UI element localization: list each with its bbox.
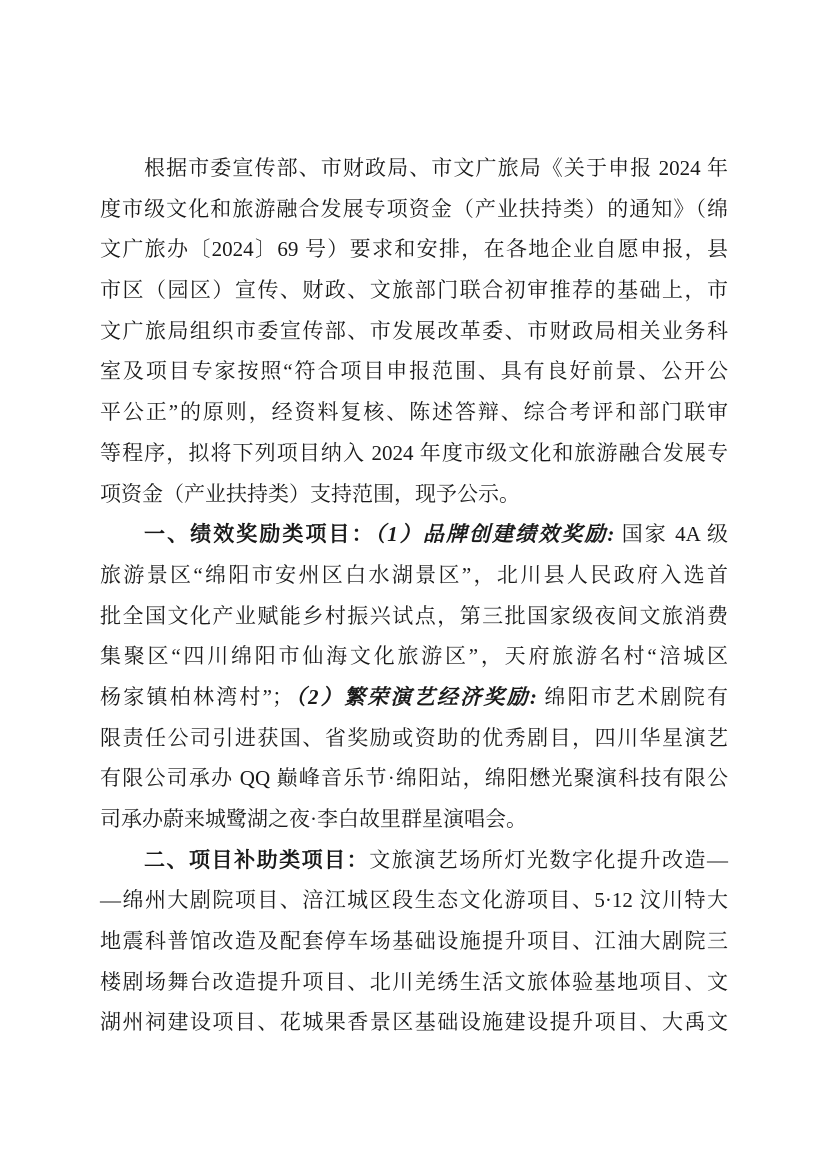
text-segment: 项资金（产业扶持类）支持范围，现予公示。 xyxy=(100,482,520,506)
text-line: 限责任公司引进获国、省奖励或资助的优秀剧目，四川华星演艺 xyxy=(100,718,728,759)
text-segment: 文广旅办〔2024〕69 号）要求和安排，在各地企业自愿申报，县 xyxy=(100,237,728,261)
text-line: 地震科普馆改造及配套停车场基础设施提升项目、江油大剧院三 xyxy=(100,921,728,962)
text-line: 文广旅局组织市委宣传部、市发展改革委、市财政局相关业务科 xyxy=(100,311,728,352)
text-line: 楼剧场舞台改造提升项目、北川羌绣生活文旅体验基地项目、文 xyxy=(100,962,728,1003)
text-segment: 市区（园区）宣传、财政、文旅部门联合初审推荐的基础上，市 xyxy=(100,278,728,302)
document-body: 根据市委宣传部、市财政局、市文广旅局《关于申报 2024 年度市级文化和旅游融合… xyxy=(100,148,728,1043)
text-line: 二、项目补助类项目：文旅演艺场所灯光数字化提升改造— xyxy=(100,840,728,881)
text-segment: 平公正”的原则，经资料复核、陈述答辩、综合考评和部门联审 xyxy=(100,400,728,424)
text-line: 一、绩效奖励类项目：（1）品牌创建绩效奖励: 国家 4A 级 xyxy=(100,514,728,555)
text-line: 批全国文化产业赋能乡村振兴试点，第三批国家级夜间文旅消费 xyxy=(100,596,728,637)
text-segment: 批全国文化产业赋能乡村振兴试点，第三批国家级夜间文旅消费 xyxy=(100,604,728,628)
document-page: 根据市委宣传部、市财政局、市文广旅局《关于申报 2024 年度市级文化和旅游融合… xyxy=(0,0,826,1169)
text-segment: 国家 4A 级 xyxy=(614,522,728,546)
text-segment: —绵州大剧院项目、涪江城区段生态文化游项目、5·12 汶川特大 xyxy=(100,888,728,912)
text-segment-heading-bold: 一、绩效奖励类项目： xyxy=(144,522,375,546)
text-segment: 文旅演艺场所灯光数字化提升改造— xyxy=(369,848,728,872)
text-segment: 楼剧场舞台改造提升项目、北川羌绣生活文旅体验基地项目、文 xyxy=(100,970,728,994)
text-segment: 度市级文化和旅游融合发展专项资金（产业扶持类）的通知》（绵 xyxy=(100,197,728,221)
text-segment: 地震科普馆改造及配套停车场基础设施提升项目、江油大剧院三 xyxy=(100,929,728,953)
text-segment: 有限公司承办 QQ 巅峰音乐节·绵阳站，绵阳懋光聚演科技有限公 xyxy=(100,766,728,790)
text-line: 旅游景区“绵阳市安州区白水湖景区”，北川县人民政府入选首 xyxy=(100,555,728,596)
text-line: 等程序，拟将下列项目纳入 2024 年度市级文化和旅游融合发展专 xyxy=(100,433,728,474)
text-segment: 室及项目专家按照“符合项目申报范围、具有良好前景、公开公 xyxy=(100,359,728,383)
text-line: 司承办蔚来城鹭湖之夜·李白故里群星演唱会。 xyxy=(100,799,728,840)
text-segment-kai-bold: （1）品牌创建绩效奖励: xyxy=(375,522,615,546)
text-line: 项资金（产业扶持类）支持范围，现予公示。 xyxy=(100,474,728,515)
text-line: 有限公司承办 QQ 巅峰音乐节·绵阳站，绵阳懋光聚演科技有限公 xyxy=(100,758,728,799)
text-line: 室及项目专家按照“符合项目申报范围、具有良好前景、公开公 xyxy=(100,351,728,392)
text-segment: 根据市委宣传部、市财政局、市文广旅局《关于申报 2024 年 xyxy=(144,156,728,180)
text-segment: 绵阳市艺术剧院有 xyxy=(537,685,728,709)
text-segment: 杨家镇柏林湾村”； xyxy=(100,685,293,709)
text-segment: 湖州祠建设项目、花城果香景区基础设施建设提升项目、大禹文 xyxy=(100,1010,728,1034)
text-segment-heading-bold: 二、项目补助类项目： xyxy=(144,848,369,872)
text-line: 湖州祠建设项目、花城果香景区基础设施建设提升项目、大禹文 xyxy=(100,1002,728,1043)
text-line: 根据市委宣传部、市财政局、市文广旅局《关于申报 2024 年 xyxy=(100,148,728,189)
text-line: 杨家镇柏林湾村”；（2）繁荣演艺经济奖励: 绵阳市艺术剧院有 xyxy=(100,677,728,718)
text-segment-kai-bold: （2）繁荣演艺经济奖励: xyxy=(293,685,537,709)
text-segment: 等程序，拟将下列项目纳入 2024 年度市级文化和旅游融合发展专 xyxy=(100,441,728,465)
text-line: —绵州大剧院项目、涪江城区段生态文化游项目、5·12 汶川特大 xyxy=(100,880,728,921)
text-line: 集聚区“四川绵阳市仙海文化旅游区”，天府旅游名村“涪城区 xyxy=(100,636,728,677)
text-segment: 限责任公司引进获国、省奖励或资助的优秀剧目，四川华星演艺 xyxy=(100,726,728,750)
text-line: 市区（园区）宣传、财政、文旅部门联合初审推荐的基础上，市 xyxy=(100,270,728,311)
text-segment: 集聚区“四川绵阳市仙海文化旅游区”，天府旅游名村“涪城区 xyxy=(100,644,728,668)
text-segment: 旅游景区“绵阳市安州区白水湖景区”，北川县人民政府入选首 xyxy=(100,563,728,587)
text-line: 度市级文化和旅游融合发展专项资金（产业扶持类）的通知》（绵 xyxy=(100,189,728,230)
text-line: 平公正”的原则，经资料复核、陈述答辩、综合考评和部门联审 xyxy=(100,392,728,433)
text-line: 文广旅办〔2024〕69 号）要求和安排，在各地企业自愿申报，县 xyxy=(100,229,728,270)
text-segment: 文广旅局组织市委宣传部、市发展改革委、市财政局相关业务科 xyxy=(100,319,728,343)
text-segment: 司承办蔚来城鹭湖之夜·李白故里群星演唱会。 xyxy=(100,807,527,831)
